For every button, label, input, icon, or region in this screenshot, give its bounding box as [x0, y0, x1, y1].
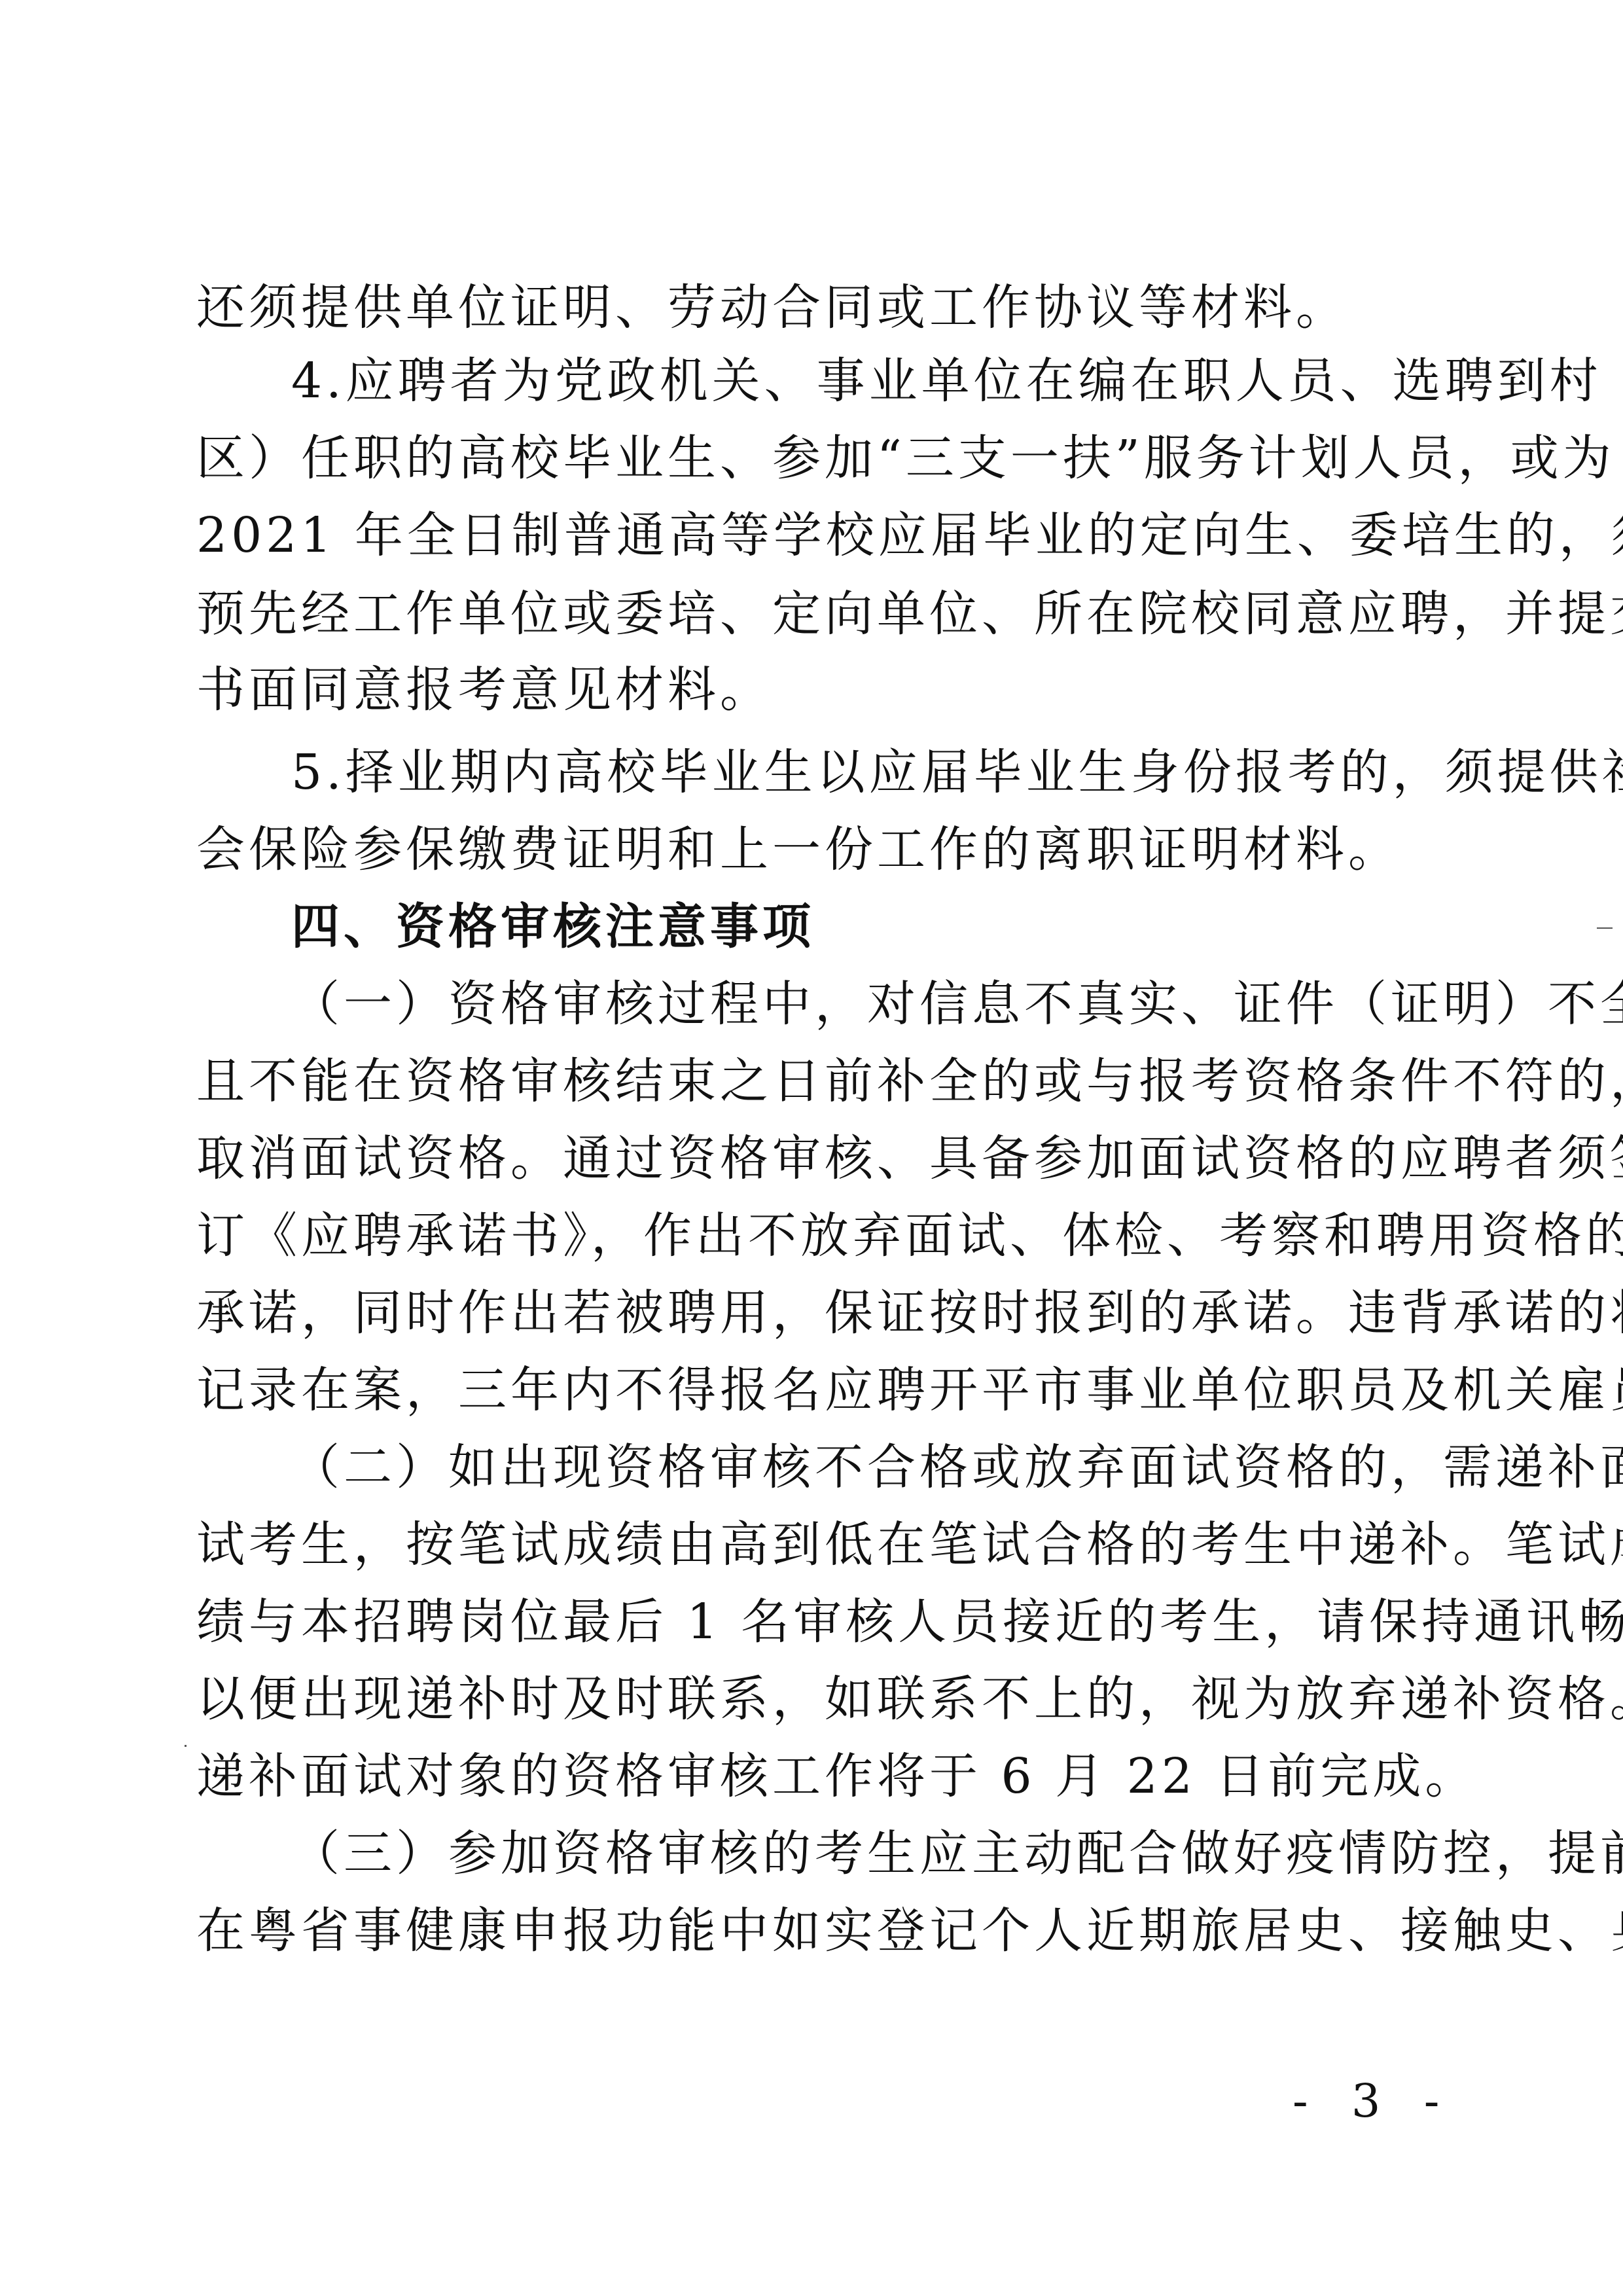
- paragraph-line: 在粤省事健康申报功能中如实登记个人近期旅居史、接触史、身: [196, 1898, 1394, 1964]
- scan-artifact: [185, 1745, 187, 1747]
- paragraph-line: 递补面试对象的资格审核工作将于 6 月 22 日前完成。: [196, 1744, 1394, 1809]
- paragraph-line: 书面同意报考意见材料。: [196, 657, 1394, 723]
- paragraph-line: 还须提供单位证明、劳动合同或工作协议等材料。: [196, 275, 1191, 340]
- paragraph-item-5-line: 5.择业期内高校毕业生以应届毕业生身份报考的，须提供社: [291, 740, 1394, 805]
- paragraph-line: 绩与本招聘岗位最后 1 名审核人员接近的考生，请保持通讯畅通，: [196, 1589, 1394, 1655]
- paragraph-line: 2021 年全日制普通高等学校应届毕业的定向生、委培生的，须: [196, 503, 1394, 568]
- document-page: 还须提供单位证明、劳动合同或工作协议等材料。 4.应聘者为党政机关、事业单位在编…: [0, 0, 1623, 2296]
- page-number: - 3 -: [1293, 2068, 1454, 2134]
- paragraph-line: 会保险参保缴费证明和上一份工作的离职证明材料。: [196, 817, 1394, 882]
- paragraph-line: 承诺，同时作出若被聘用，保证按时报到的承诺。违背承诺的将: [196, 1280, 1394, 1346]
- paragraph-item-4-line: 4.应聘者为党政机关、事业单位在编在职人员、选聘到村（社: [291, 348, 1394, 414]
- paragraph-line: 试考生，按笔试成绩由高到低在笔试合格的考生中递补。笔试成: [196, 1512, 1394, 1577]
- paragraph-line: 区）任职的高校毕业生、参加“三支一扶”服务计划人员，或为: [196, 425, 1394, 491]
- paragraph-clause-2-line: （二）如出现资格审核不合格或放弃面试资格的，需递补面: [291, 1435, 1394, 1500]
- paragraph-line: 记录在案，三年内不得报名应聘开平市事业单位职员及机关雇员。: [196, 1357, 1394, 1423]
- paragraph-line: 订《应聘承诺书》，作出不放弃面试、体检、考察和聘用资格的: [196, 1203, 1394, 1268]
- paragraph-line: 且不能在资格审核结束之日前补全的或与报考资格条件不符的，: [196, 1049, 1394, 1114]
- paragraph-clause-3-line: （三）参加资格审核的考生应主动配合做好疫情防控，提前: [291, 1821, 1394, 1886]
- scan-artifact: [1597, 927, 1613, 929]
- paragraph-line: 取消面试资格。通过资格审核、具备参加面试资格的应聘者须签: [196, 1126, 1394, 1191]
- paragraph-line: 预先经工作单位或委培、定向单位、所在院校同意应聘，并提交: [196, 581, 1394, 647]
- paragraph-line: 以便出现递补时及时联系，如联系不上的，视为放弃递补资格。: [196, 1666, 1394, 1732]
- section-heading: 四、资格审核注意事项: [291, 894, 1394, 960]
- paragraph-clause-1-line: （一）资格审核过程中，对信息不真实、证件（证明）不全: [291, 971, 1394, 1037]
